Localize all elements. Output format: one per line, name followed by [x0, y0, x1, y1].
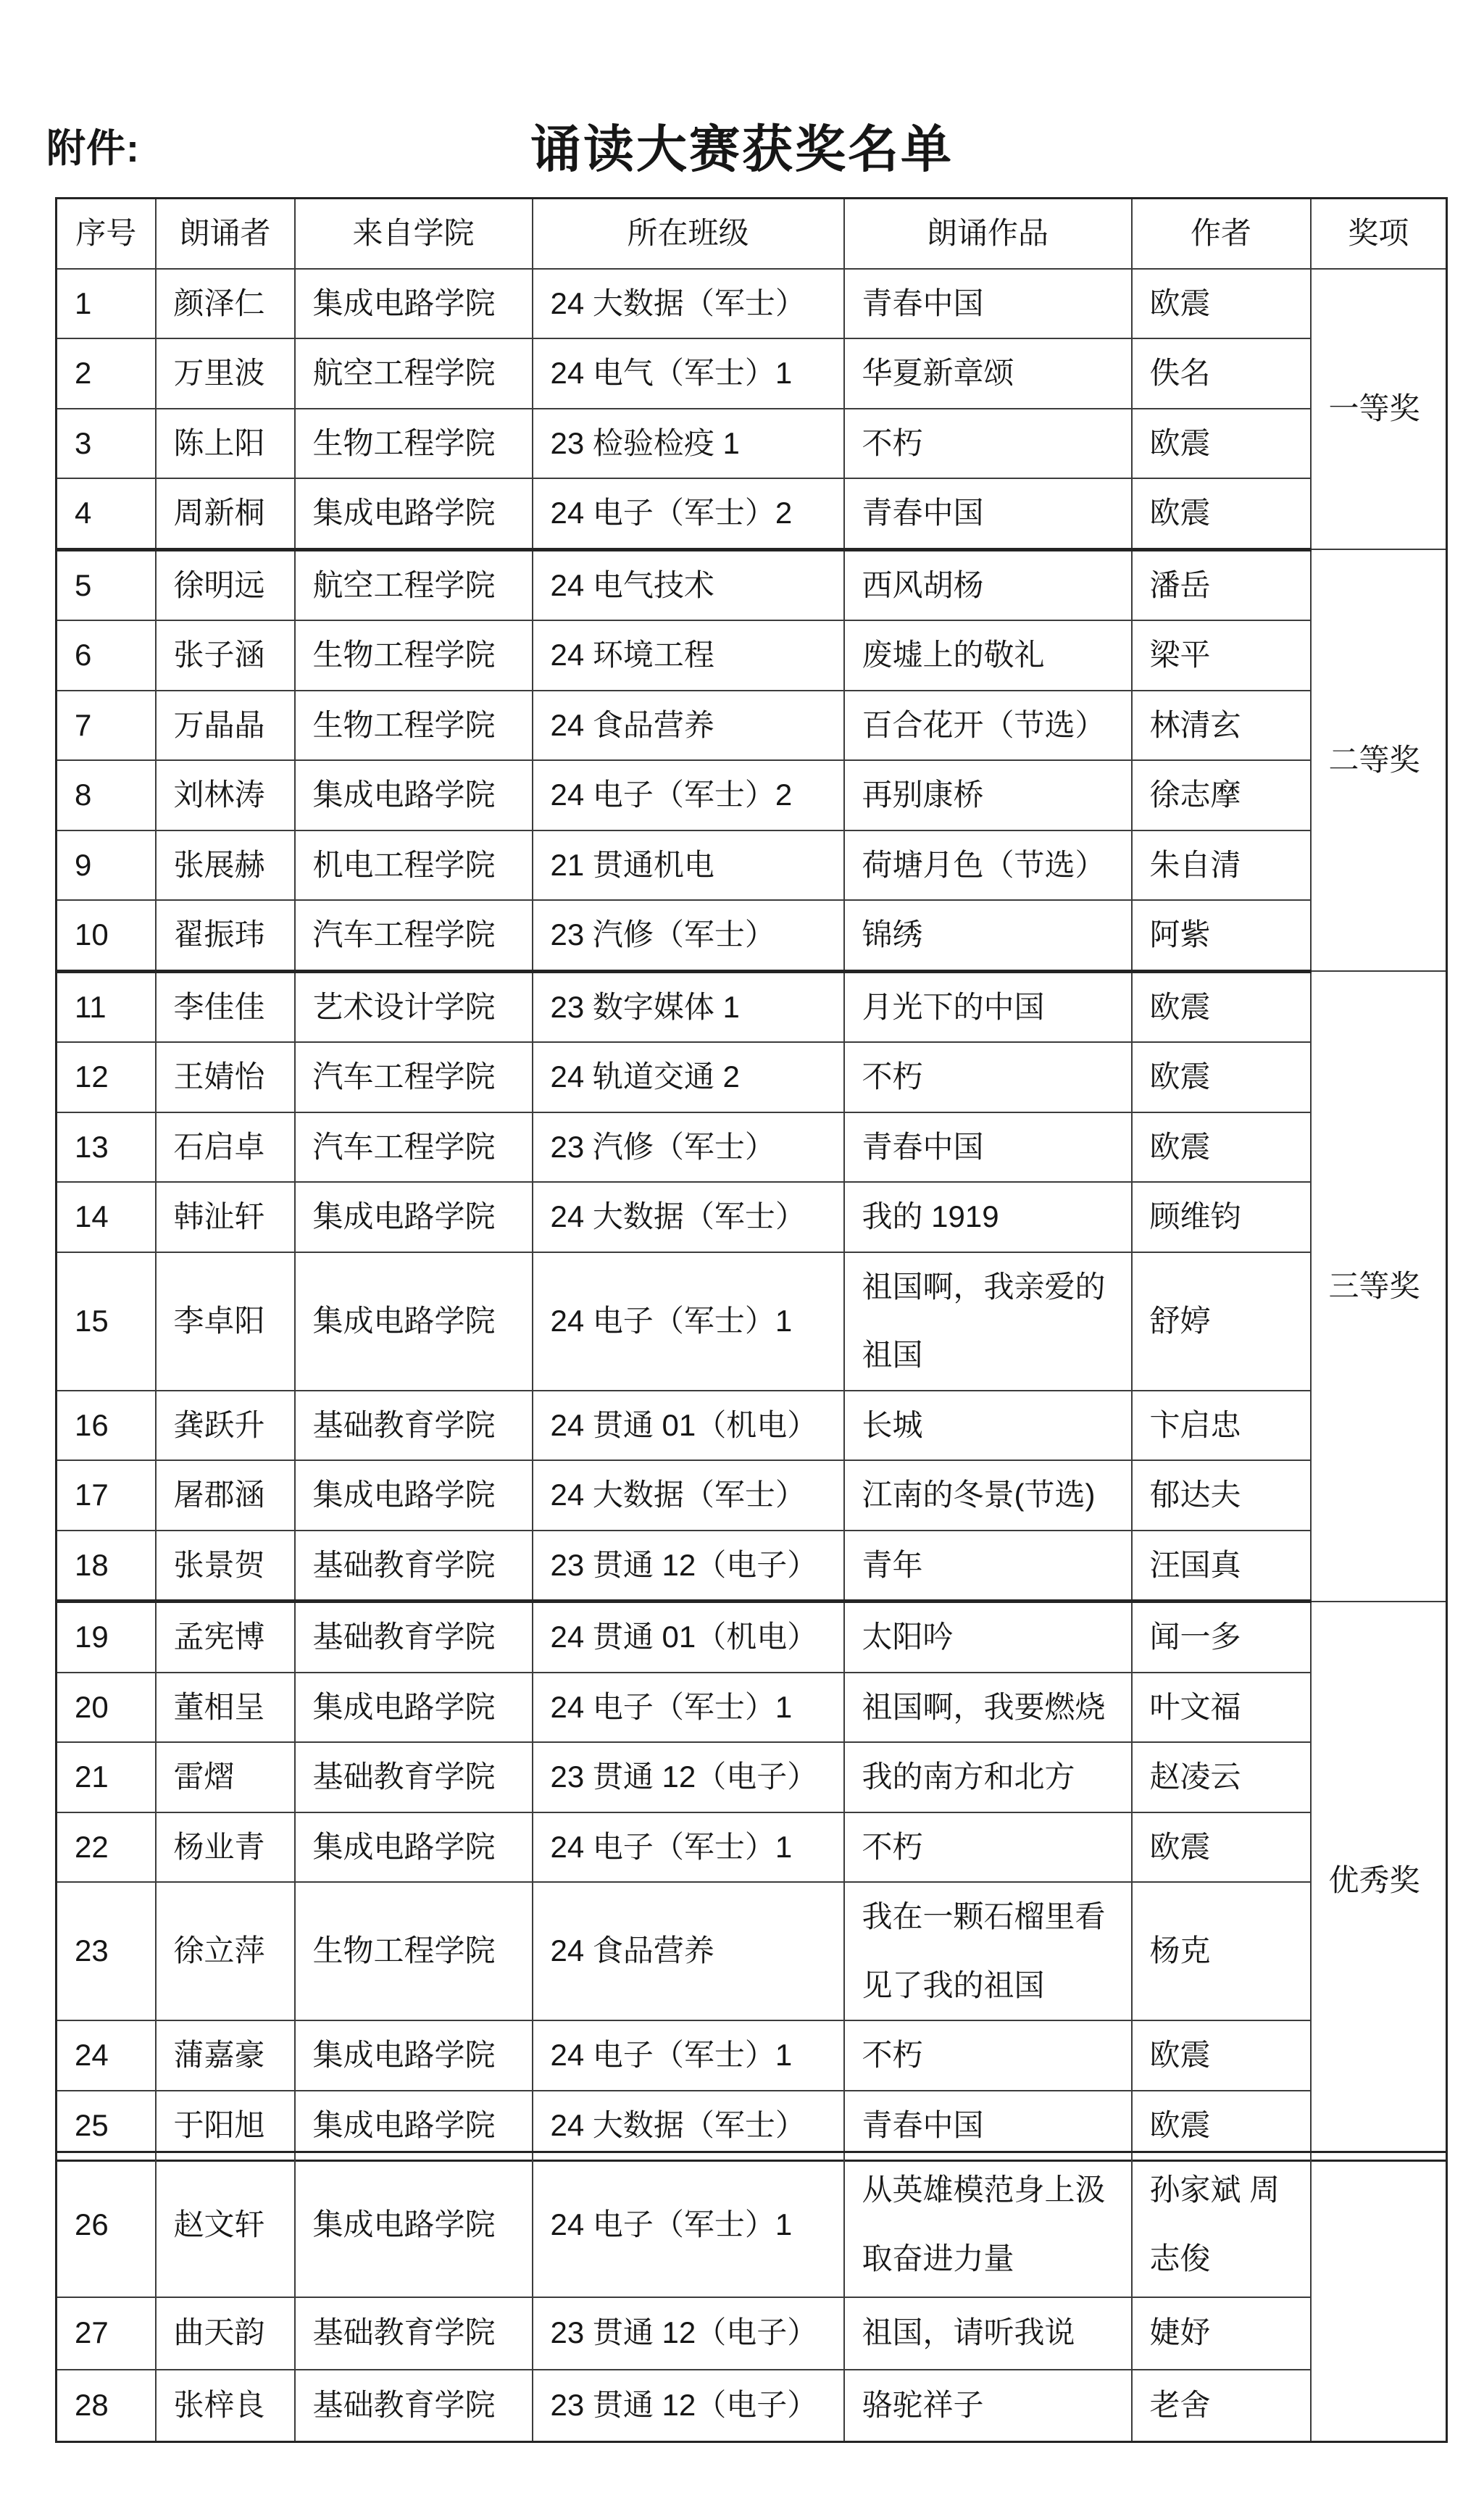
cell-reciter-name: 张子涵 [156, 620, 295, 691]
cell-no: 22 [57, 1812, 156, 1883]
cell-work: 青年 [844, 1531, 1132, 1602]
cell-no: 1 [57, 269, 156, 339]
cell-class: 24 电子（军士）1 [533, 2152, 844, 2297]
table-row: 14韩沚轩集成电路学院24 大数据（军士）我的 1919顾维钧 [57, 1182, 1447, 1252]
table-row: 11李佳佳艺术设计学院23 数字媒体 1月光下的中国欧震三等奖 [57, 971, 1447, 1042]
cell-college: 集成电路学院 [295, 2152, 533, 2297]
cell-college: 航空工程学院 [295, 549, 533, 620]
table-row: 16龚跃升基础教育学院24 贯通 01（机电）长城卞启忠 [57, 1391, 1447, 1461]
cell-no: 15 [57, 1252, 156, 1391]
cell-work: 不朽 [844, 1812, 1132, 1883]
cell-class: 24 电气技术 [533, 549, 844, 620]
table-row: 27曲天韵基础教育学院23 贯通 12（电子）祖国，请听我说婕妤 [57, 2297, 1447, 2370]
document-page: 附件: 诵读大赛获奖名单 序号 朗诵者 来自学院 所在班级 朗诵作品 作者 奖项… [0, 0, 1484, 2519]
cell-college: 机电工程学院 [295, 830, 533, 901]
cell-college: 集成电路学院 [295, 760, 533, 830]
cell-college: 基础教育学院 [295, 1531, 533, 1602]
table-row: 3陈上阳生物工程学院23 检验检疫 1不朽欧震 [57, 409, 1447, 479]
cell-college: 艺术设计学院 [295, 971, 533, 1042]
cell-reciter-name: 张景贺 [156, 1531, 295, 1602]
cell-college: 汽车工程学院 [295, 1042, 533, 1112]
cell-college: 基础教育学院 [295, 1742, 533, 1812]
awards-table-continued: 26赵文轩集成电路学院24 电子（军士）1从英雄模范身上汲 取奋进力量孙家斌 周… [55, 2151, 1448, 2443]
cell-class: 24 电子（军士）1 [533, 1252, 844, 1391]
cell-no: 17 [57, 1460, 156, 1531]
table-row: 13石启卓汽车工程学院23 汽修（军士）青春中国欧震 [57, 1112, 1447, 1183]
award-group-cell: 一等奖 [1311, 269, 1447, 550]
table-row: 17屠郡涵集成电路学院24 大数据（军士）江南的冬景(节选)郁达夫 [57, 1460, 1447, 1531]
cell-class: 23 汽修（军士） [533, 1112, 844, 1183]
cell-author: 潘岳 [1132, 549, 1311, 620]
cell-class: 24 贯通 01（机电） [533, 1602, 844, 1673]
cell-reciter-name: 石启卓 [156, 1112, 295, 1183]
cell-class: 24 大数据（军士） [533, 269, 844, 339]
cell-work: 祖国啊，我要燃烧 [844, 1673, 1132, 1743]
cell-author: 孙家斌 周 志俊 [1132, 2152, 1311, 2297]
cell-class: 23 数字媒体 1 [533, 971, 844, 1042]
cell-college: 集成电路学院 [295, 478, 533, 549]
cell-reciter-name: 李卓阳 [156, 1252, 295, 1391]
table-row: 20董相呈集成电路学院24 电子（军士）1祖国啊，我要燃烧叶文福 [57, 1673, 1447, 1743]
cell-no: 13 [57, 1112, 156, 1183]
cell-author: 欧震 [1132, 1042, 1311, 1112]
cell-reciter-name: 董相呈 [156, 1673, 295, 1743]
cell-class: 24 大数据（军士） [533, 2091, 844, 2161]
cell-college: 集成电路学院 [295, 2020, 533, 2091]
cell-author: 卞启忠 [1132, 1391, 1311, 1461]
cell-college: 生物工程学院 [295, 620, 533, 691]
cell-class: 24 电子（军士）2 [533, 478, 844, 549]
cell-work: 不朽 [844, 1042, 1132, 1112]
cell-reciter-name: 李佳佳 [156, 971, 295, 1042]
cell-work: 不朽 [844, 409, 1132, 479]
cell-no: 16 [57, 1391, 156, 1461]
cell-author: 叶文福 [1132, 1673, 1311, 1743]
award-group-cell: 优秀奖 [1311, 1602, 1447, 2161]
cell-reciter-name: 张梓良 [156, 2370, 295, 2442]
table-row: 26赵文轩集成电路学院24 电子（军士）1从英雄模范身上汲 取奋进力量孙家斌 周… [57, 2152, 1447, 2297]
cell-college: 基础教育学院 [295, 1391, 533, 1461]
cell-reciter-name: 蒲嘉豪 [156, 2020, 295, 2091]
cell-author: 欧震 [1132, 2091, 1311, 2161]
cell-no: 23 [57, 1882, 156, 2020]
cell-no: 7 [57, 691, 156, 761]
table-row: 8刘林涛集成电路学院24 电子（军士）2再别康桥徐志摩 [57, 760, 1447, 830]
column-header-work: 朗诵作品 [844, 199, 1132, 269]
cell-class: 24 大数据（军士） [533, 1460, 844, 1531]
cell-author: 欧震 [1132, 1812, 1311, 1883]
cell-class: 24 电子（军士）2 [533, 760, 844, 830]
cell-author: 欧震 [1132, 269, 1311, 339]
cell-no: 25 [57, 2091, 156, 2161]
cell-author: 汪国真 [1132, 1531, 1311, 1602]
table-row: 21雷熠基础教育学院23 贯通 12（电子）我的南方和北方赵凌云 [57, 1742, 1447, 1812]
cell-author: 郁达夫 [1132, 1460, 1311, 1531]
cell-no: 8 [57, 760, 156, 830]
cell-reciter-name: 赵文轩 [156, 2152, 295, 2297]
cell-no: 3 [57, 409, 156, 479]
cell-no: 26 [57, 2152, 156, 2297]
cell-work: 我的 1919 [844, 1182, 1132, 1252]
cell-no: 20 [57, 1673, 156, 1743]
cell-college: 集成电路学院 [295, 2091, 533, 2161]
table-row: 19孟宪博基础教育学院24 贯通 01（机电）太阳吟闻一多优秀奖 [57, 1602, 1447, 1673]
table-row: 22杨业青集成电路学院24 电子（军士）1不朽欧震 [57, 1812, 1447, 1883]
cell-no: 24 [57, 2020, 156, 2091]
cell-no: 19 [57, 1602, 156, 1673]
cell-no: 9 [57, 830, 156, 901]
cell-college: 基础教育学院 [295, 2297, 533, 2370]
cell-class: 24 大数据（军士） [533, 1182, 844, 1252]
table-row: 6张子涵生物工程学院24 环境工程废墟上的敬礼梁平 [57, 620, 1447, 691]
cell-college: 生物工程学院 [295, 691, 533, 761]
cell-work: 华夏新章颂 [844, 338, 1132, 409]
column-header-class: 所在班级 [533, 199, 844, 269]
cell-work: 祖国，请听我说 [844, 2297, 1132, 2370]
cell-college: 集成电路学院 [295, 1460, 533, 1531]
cell-work: 月光下的中国 [844, 971, 1132, 1042]
cell-work: 祖国啊，我亲爱的 祖国 [844, 1252, 1132, 1391]
cell-reciter-name: 刘林涛 [156, 760, 295, 830]
cell-work: 青春中国 [844, 478, 1132, 549]
header-row: 序号 朗诵者 来自学院 所在班级 朗诵作品 作者 奖项 [57, 199, 1447, 269]
cell-college: 汽车工程学院 [295, 900, 533, 971]
cell-reciter-name: 龚跃升 [156, 1391, 295, 1461]
cell-class: 23 贯通 12（电子） [533, 2370, 844, 2442]
cell-work: 锦绣 [844, 900, 1132, 971]
cell-author: 徐志摩 [1132, 760, 1311, 830]
cell-work: 我的南方和北方 [844, 1742, 1132, 1812]
cell-work: 青春中国 [844, 2091, 1132, 2161]
cell-author: 朱自清 [1132, 830, 1311, 901]
cell-reciter-name: 孟宪博 [156, 1602, 295, 1673]
cell-college: 生物工程学院 [295, 409, 533, 479]
cell-no: 2 [57, 338, 156, 409]
cell-author: 婕妤 [1132, 2297, 1311, 2370]
cell-college: 基础教育学院 [295, 1602, 533, 1673]
cell-author: 欧震 [1132, 409, 1311, 479]
cell-no: 5 [57, 549, 156, 620]
table-row: 7万晶晶生物工程学院24 食品营养百合花开（节选）林清玄 [57, 691, 1447, 761]
cell-no: 27 [57, 2297, 156, 2370]
cell-college: 生物工程学院 [295, 1882, 533, 2020]
cell-college: 航空工程学院 [295, 338, 533, 409]
cell-reciter-name: 徐明远 [156, 549, 295, 620]
cell-class: 24 电气（军士）1 [533, 338, 844, 409]
cell-class: 23 检验检疫 1 [533, 409, 844, 479]
award-group-cell [1311, 2152, 1447, 2442]
cell-reciter-name: 曲天韵 [156, 2297, 295, 2370]
table-row: 18张景贺基础教育学院23 贯通 12（电子）青年汪国真 [57, 1531, 1447, 1602]
cell-work: 不朽 [844, 2020, 1132, 2091]
cell-class: 24 电子（军士）1 [533, 1673, 844, 1743]
cell-class: 23 汽修（军士） [533, 900, 844, 971]
cell-work: 骆驼祥子 [844, 2370, 1132, 2442]
cell-reciter-name: 杨业青 [156, 1812, 295, 1883]
cell-college: 集成电路学院 [295, 1673, 533, 1743]
cell-no: 14 [57, 1182, 156, 1252]
table-row: 15李卓阳集成电路学院24 电子（军士）1祖国啊，我亲爱的 祖国舒婷 [57, 1252, 1447, 1391]
table-row: 2万里波航空工程学院24 电气（军士）1华夏新章颂佚名 [57, 338, 1447, 409]
cell-college: 集成电路学院 [295, 1812, 533, 1883]
cell-author: 阿紫 [1132, 900, 1311, 971]
cell-work: 我在一颗石榴里看 见了我的祖国 [844, 1882, 1132, 2020]
cell-work: 太阳吟 [844, 1602, 1132, 1673]
cell-college: 集成电路学院 [295, 269, 533, 339]
cell-no: 10 [57, 900, 156, 971]
cell-no: 28 [57, 2370, 156, 2442]
cell-author: 闻一多 [1132, 1602, 1311, 1673]
cell-college: 基础教育学院 [295, 2370, 533, 2442]
column-header-no: 序号 [57, 199, 156, 269]
cell-reciter-name: 王婧怡 [156, 1042, 295, 1112]
cell-reciter-name: 翟振玮 [156, 900, 295, 971]
cell-author: 林清玄 [1132, 691, 1311, 761]
cell-work: 从英雄模范身上汲 取奋进力量 [844, 2152, 1132, 2297]
cell-work: 百合花开（节选） [844, 691, 1132, 761]
cell-reciter-name: 万晶晶 [156, 691, 295, 761]
cell-class: 24 环境工程 [533, 620, 844, 691]
awards-table-main: 序号 朗诵者 来自学院 所在班级 朗诵作品 作者 奖项 1颜泽仁集成电路学院24… [55, 197, 1448, 2162]
column-header-award: 奖项 [1311, 199, 1447, 269]
cell-author: 舒婷 [1132, 1252, 1311, 1391]
cell-work: 西风胡杨 [844, 549, 1132, 620]
cell-reciter-name: 屠郡涵 [156, 1460, 295, 1531]
table-row: 12王婧怡汽车工程学院24 轨道交通 2不朽欧震 [57, 1042, 1447, 1112]
cell-reciter-name: 张展赫 [156, 830, 295, 901]
table-row: 1颜泽仁集成电路学院24 大数据（军士）青春中国欧震一等奖 [57, 269, 1447, 339]
cell-reciter-name: 雷熠 [156, 1742, 295, 1812]
cell-class: 24 轨道交通 2 [533, 1042, 844, 1112]
cell-reciter-name: 于阳旭 [156, 2091, 295, 2161]
table-row: 28张梓良基础教育学院23 贯通 12（电子）骆驼祥子老舍 [57, 2370, 1447, 2442]
cell-class: 24 电子（军士）1 [533, 1812, 844, 1883]
cell-no: 4 [57, 478, 156, 549]
cell-reciter-name: 万里波 [156, 338, 295, 409]
cell-class: 24 电子（军士）1 [533, 2020, 844, 2091]
cell-college: 汽车工程学院 [295, 1112, 533, 1183]
cell-no: 21 [57, 1742, 156, 1812]
cell-work: 青春中国 [844, 1112, 1132, 1183]
cell-reciter-name: 徐立萍 [156, 1882, 295, 2020]
table-row: 5徐明远航空工程学院24 电气技术西风胡杨潘岳二等奖 [57, 549, 1447, 620]
table-row: 10翟振玮汽车工程学院23 汽修（军士）锦绣阿紫 [57, 900, 1447, 971]
cell-class: 21 贯通机电 [533, 830, 844, 901]
cell-no: 6 [57, 620, 156, 691]
table-row: 4周新桐集成电路学院24 电子（军士）2青春中国欧震 [57, 478, 1447, 549]
cell-reciter-name: 颜泽仁 [156, 269, 295, 339]
cell-author: 杨克 [1132, 1882, 1311, 2020]
page-title: 诵读大赛获奖名单 [0, 109, 1484, 182]
cell-author: 欧震 [1132, 2020, 1311, 2091]
table-row: 23徐立萍生物工程学院24 食品营养我在一颗石榴里看 见了我的祖国杨克 [57, 1882, 1447, 2020]
cell-no: 12 [57, 1042, 156, 1112]
cell-author: 佚名 [1132, 338, 1311, 409]
cell-class: 24 食品营养 [533, 1882, 844, 2020]
cell-work: 长城 [844, 1391, 1132, 1461]
cell-author: 顾维钧 [1132, 1182, 1311, 1252]
cell-author: 老舍 [1132, 2370, 1311, 2442]
cell-college: 集成电路学院 [295, 1182, 533, 1252]
cell-reciter-name: 韩沚轩 [156, 1182, 295, 1252]
cell-work: 再别康桥 [844, 760, 1132, 830]
cell-work: 荷塘月色（节选） [844, 830, 1132, 901]
table-row: 9张展赫机电工程学院21 贯通机电荷塘月色（节选）朱自清 [57, 830, 1447, 901]
cell-author: 欧震 [1132, 1112, 1311, 1183]
cell-work: 江南的冬景(节选) [844, 1460, 1132, 1531]
cell-author: 梁平 [1132, 620, 1311, 691]
table-row: 25于阳旭集成电路学院24 大数据（军士）青春中国欧震 [57, 2091, 1447, 2161]
column-header-college: 来自学院 [295, 199, 533, 269]
cell-author: 欧震 [1132, 478, 1311, 549]
cell-work: 废墟上的敬礼 [844, 620, 1132, 691]
column-header-author: 作者 [1132, 199, 1311, 269]
cell-work: 青春中国 [844, 269, 1132, 339]
cell-class: 24 贯通 01（机电） [533, 1391, 844, 1461]
cell-author: 赵凌云 [1132, 1742, 1311, 1812]
cell-no: 11 [57, 971, 156, 1042]
award-group-cell: 二等奖 [1311, 549, 1447, 971]
cell-class: 23 贯通 12（电子） [533, 1742, 844, 1812]
award-group-cell: 三等奖 [1311, 971, 1447, 1602]
column-header-name: 朗诵者 [156, 199, 295, 269]
cell-reciter-name: 周新桐 [156, 478, 295, 549]
cell-no: 18 [57, 1531, 156, 1602]
cell-author: 欧震 [1132, 971, 1311, 1042]
cell-college: 集成电路学院 [295, 1252, 533, 1391]
cell-class: 23 贯通 12（电子） [533, 1531, 844, 1602]
cell-class: 24 食品营养 [533, 691, 844, 761]
cell-class: 23 贯通 12（电子） [533, 2297, 844, 2370]
cell-reciter-name: 陈上阳 [156, 409, 295, 479]
table-row: 24蒲嘉豪集成电路学院24 电子（军士）1不朽欧震 [57, 2020, 1447, 2091]
